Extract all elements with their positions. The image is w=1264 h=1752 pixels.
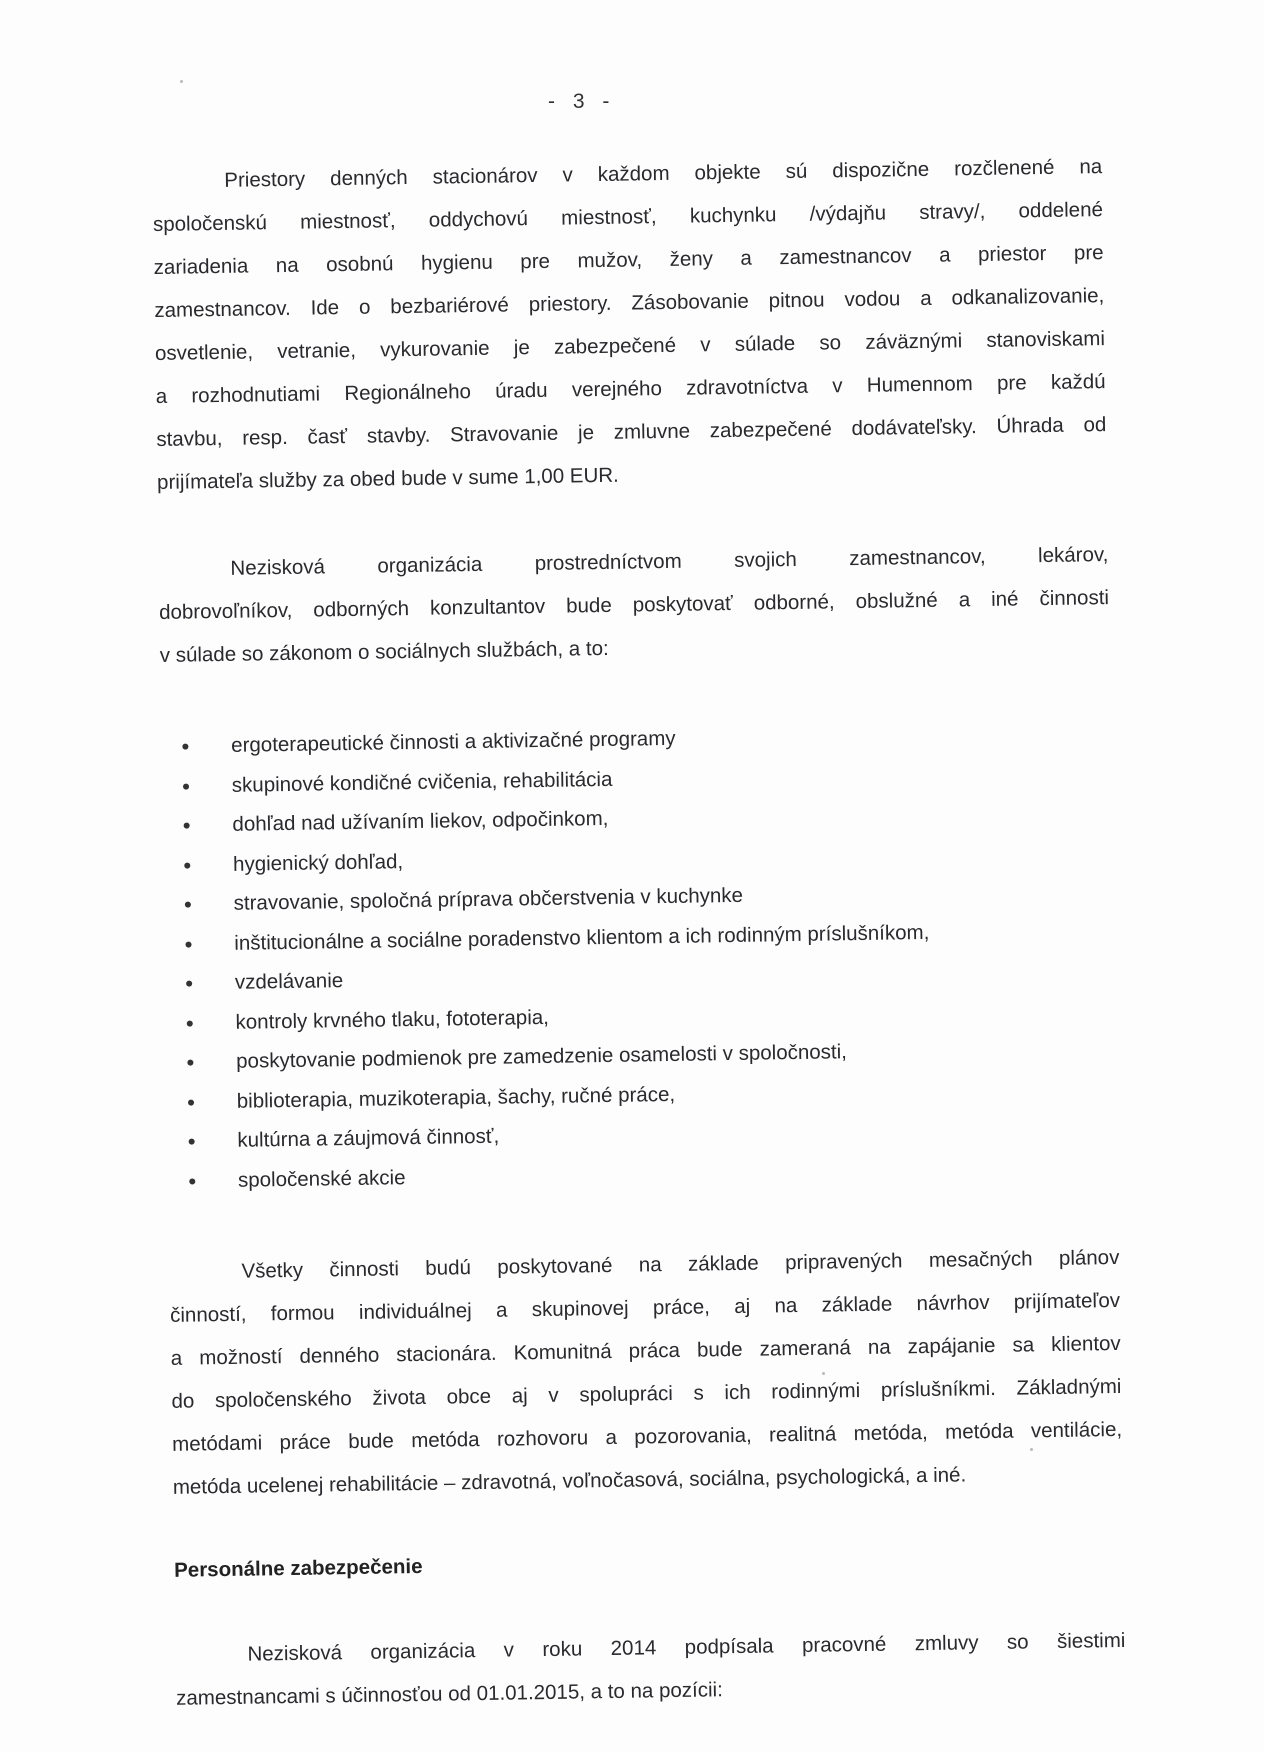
list-item-text: spoločenské akcie <box>238 1166 406 1192</box>
bullet-icon: ● <box>182 766 191 806</box>
bullet-icon: ● <box>186 1042 195 1082</box>
list-item-text: skupinové kondičné cvičenia, rehabilitác… <box>232 767 613 796</box>
list-item-text: ergoterapeutické činnosti a aktivizačné … <box>231 727 676 757</box>
list-item-text: stravovanie, spoločná príprava občerstve… <box>234 884 744 915</box>
paragraph-premises: Priestory denných stacionárov v každom o… <box>152 145 1107 504</box>
page-number: - 3 - <box>548 90 615 114</box>
bullet-icon: ● <box>185 963 194 1003</box>
bullet-icon: ● <box>184 924 193 964</box>
bullet-icon: ● <box>187 1121 196 1161</box>
list-item-text: poskytovanie podmienok pre zamedzenie os… <box>236 1040 847 1073</box>
activities-list: ●ergoterapeutické činnosti a aktivizačné… <box>161 712 1118 1201</box>
paragraph-services-intro: Nezisková organizácia prostredníctvom sv… <box>158 533 1110 677</box>
bullet-icon: ● <box>183 845 192 885</box>
paragraph-methods: Všetky činnosti budú poskytované na zákl… <box>169 1236 1123 1509</box>
list-item-text: vzdelávanie <box>235 969 344 994</box>
list-item-text: kontroly krvného tlaku, fototerapia, <box>235 1005 549 1033</box>
list-item-text: dohľad nad užívaním liekov, odpočinkom, <box>232 807 608 836</box>
bullet-icon: ● <box>185 1003 194 1043</box>
list-item-text: kultúrna a záujmová činnosť, <box>237 1125 499 1152</box>
document-page: - 3 - Priestory denných stacionárov v ka… <box>0 0 1264 1752</box>
scan-speck <box>180 80 183 83</box>
document-body: Priestory denných stacionárov v každom o… <box>152 145 1126 1720</box>
list-item-text: biblioterapia, muzikoterapia, šachy, ruč… <box>237 1082 676 1112</box>
bullet-icon: ● <box>188 1161 197 1201</box>
bullet-icon: ● <box>182 805 191 845</box>
bullet-icon: ● <box>186 1082 195 1122</box>
paragraph-personnel: Nezisková organizácia v roku 2014 podpís… <box>175 1619 1126 1720</box>
list-item-text: hygienický dohľad, <box>233 850 403 876</box>
bullet-icon: ● <box>183 884 192 924</box>
bullet-icon: ● <box>181 726 190 766</box>
list-item-text: inštitucionálne a sociálne poradenstvo k… <box>234 920 929 954</box>
